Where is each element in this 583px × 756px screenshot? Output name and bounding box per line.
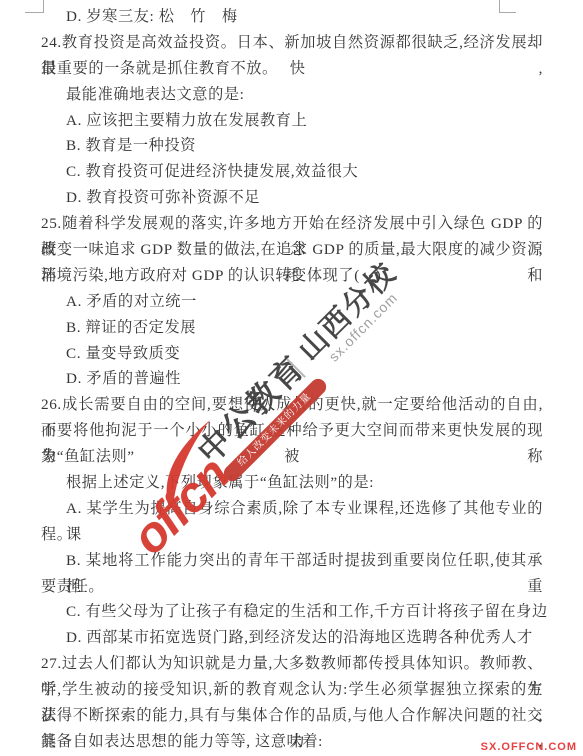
footer-site-label: SX.OFFCN.COM [481,741,577,753]
text-line: C. 教育投资可促进经济快捷发展,效益很大 [41,159,543,185]
text-line: 程。 [41,522,543,548]
text-line: A. 应该把主要精力放在发展教育上 [41,108,543,134]
text-line: C. 有些父母为了让孩子有稳定的生活和工作,千方百计将孩子留在身边 [41,599,543,625]
text-line: D. 西部某市拓宽选贤门路,到经济发达的沿海地区选聘各种优秀人才 [41,625,543,651]
text-line: 26.成长需要自由的空间,要想使人成长的更快,就一定要给他活动的自由,而 [41,392,543,418]
text-line: B. 教育是一种投资 [41,133,543,159]
text-line: B. 某地将工作能力突出的青年干部适时提拔到重要岗位任职,使其承担重 [41,548,543,574]
text-line: A. 某学生为提高自身综合素质,除了本专业课程,还选修了其他专业的课 [41,496,543,522]
text-line: 25.随着科学发展观的落实,许多地方开始在经济发展中引入绿色 GDP 的概念, [41,211,543,237]
text-line: 获得不断探索的能力,具有与集体合作的品质,与他人合作解决问题的社交能力, [41,703,543,729]
text-line: 24.教育投资是高效益投资。日本、新加坡自然资源都很缺乏,经济发展却很快, [41,30,543,56]
text-line: D. 矛盾的普遍性 [41,366,543,392]
text-line: D. 岁寒三友: 松 竹 梅 [41,4,543,30]
text-line: 不要将他拘泥于一个小小的鱼缸,这种给予更大空间而带来更快发展的现象被称 [41,418,543,444]
text-line: D. 教育投资可弥补资源不足 [41,185,543,211]
text-line: 最能准确地表达文意的是: [41,82,543,108]
text-line: C. 量变导致质变 [41,341,543,367]
text-line: 听,学生被动的接受知识,新的教育观念认为:学生必须掌握独立探索的方法, [41,677,543,703]
text-line: B. 辩证的否定发展 [41,315,543,341]
text-line: A. 矛盾的对立统一 [41,289,543,315]
question-text-block: D. 岁寒三友: 松 竹 梅 24.教育投资是高效益投资。日本、新加坡自然资源都… [41,4,543,755]
document-page: D. 岁寒三友: 松 竹 梅 24.教育投资是高效益投资。日本、新加坡自然资源都… [0,0,583,756]
text-line: 27.过去人们都认为知识就是力量,大多数教师都传授具体知识。教师教、学生 [41,651,543,677]
text-line: 改变一味追求 GDP 数量的做法,在追求 GDP 的质量,最大限度的减少资源消耗… [41,237,543,263]
text-line: 根据上述定义,下列现象属于“鱼缸法则”的是: [41,470,543,496]
